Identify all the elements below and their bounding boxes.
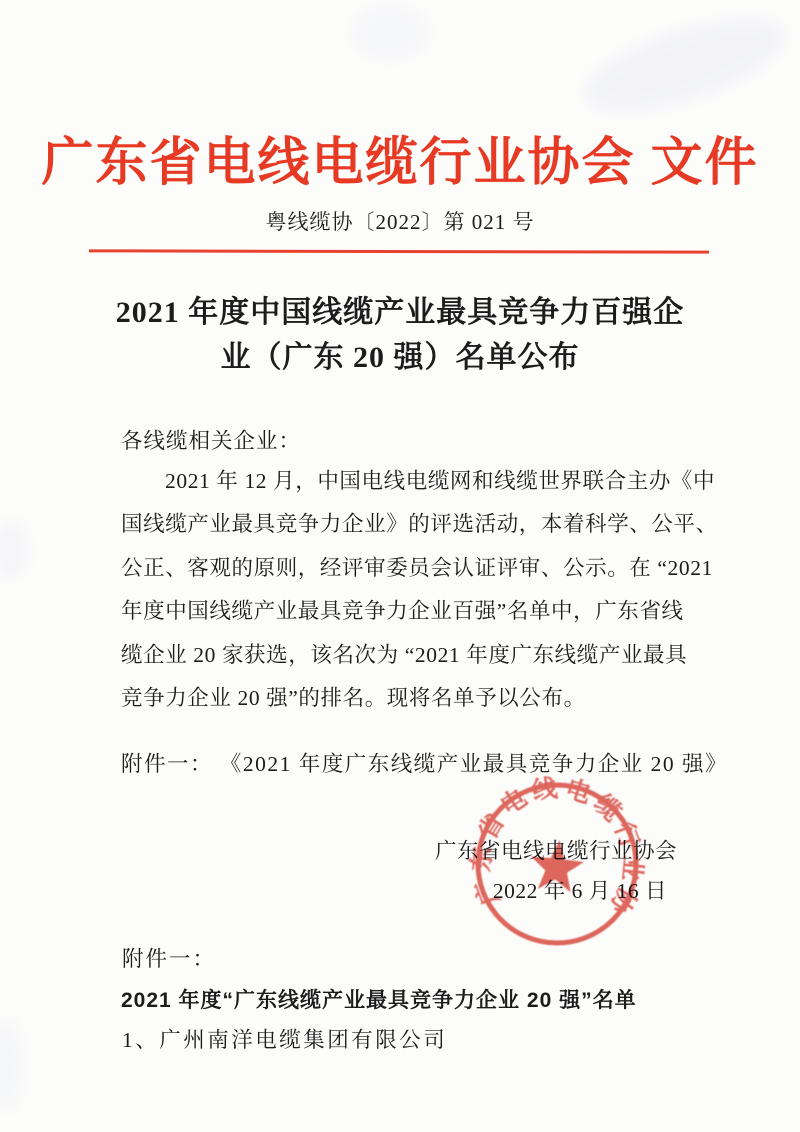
body-line: 年度中国线缆产业最具竞争力企业百强”名单中，广东省线 — [121, 590, 699, 633]
scan-smudge-left-bottom — [0, 1020, 24, 1110]
scan-smudge-top-right — [574, 0, 795, 131]
attachment-reference-line: 附件一： 《2021 年度广东线缆产业最具竞争力企业 20 强》 — [121, 747, 728, 778]
red-divider-rule — [89, 249, 709, 253]
body-line: 国线缆产业最具竞争力企业》的评选活动，本着科学、公平、 — [121, 503, 699, 546]
scan-smudge-top-center — [350, 5, 430, 60]
body-line: 2021 年 12 月，中国电线电缆网和线缆世界联合主办《中 — [121, 460, 699, 503]
appendix-label: 附件一： — [122, 942, 216, 973]
document-title-line1: 2021 年度中国线缆产业最具竞争力百强企 — [0, 290, 800, 335]
body-line: 缆企业 20 家获选，该名次为 “2021 年度广东线缆产业最具 — [121, 634, 699, 677]
scanned-official-document-page: 广东省电线电缆行业协会 文件 粤线缆协〔2022〕第 021 号 2021 年度… — [0, 0, 800, 1132]
document-title-line2: 业（广东 20 强）名单公布 — [0, 335, 800, 380]
stamp-star-icon — [528, 837, 586, 893]
document-title: 2021 年度中国线缆产业最具竞争力百强企 业（广东 20 强）名单公布 — [0, 290, 800, 380]
scan-smudge-left-edge — [0, 520, 28, 580]
salutation-line: 各线缆相关企业： — [121, 424, 301, 455]
appendix-list-item: 1、广州南洋电缆集团有限公司 — [122, 1023, 447, 1054]
red-letterhead-org-title: 广东省电线电缆行业协会 文件 — [0, 120, 800, 195]
document-number: 粤线缆协〔2022〕第 021 号 — [0, 206, 800, 236]
official-round-seal-stamp: 广东省电线电缆行业协会 — [458, 765, 656, 963]
appendix-heading: 2021 年度“广东线缆产业最具竞争力企业 20 强”名单 — [121, 984, 637, 1014]
body-paragraph: 2021 年 12 月，中国电线电缆网和线缆世界联合主办《中 国线缆产业最具竞争… — [121, 460, 699, 720]
body-line: 竞争力企业 20 强”的排名。现将名单予以公布。 — [121, 677, 699, 720]
body-line: 公正、客观的原则，经评审委员会认证评审、公示。在 “2021 — [121, 547, 699, 590]
